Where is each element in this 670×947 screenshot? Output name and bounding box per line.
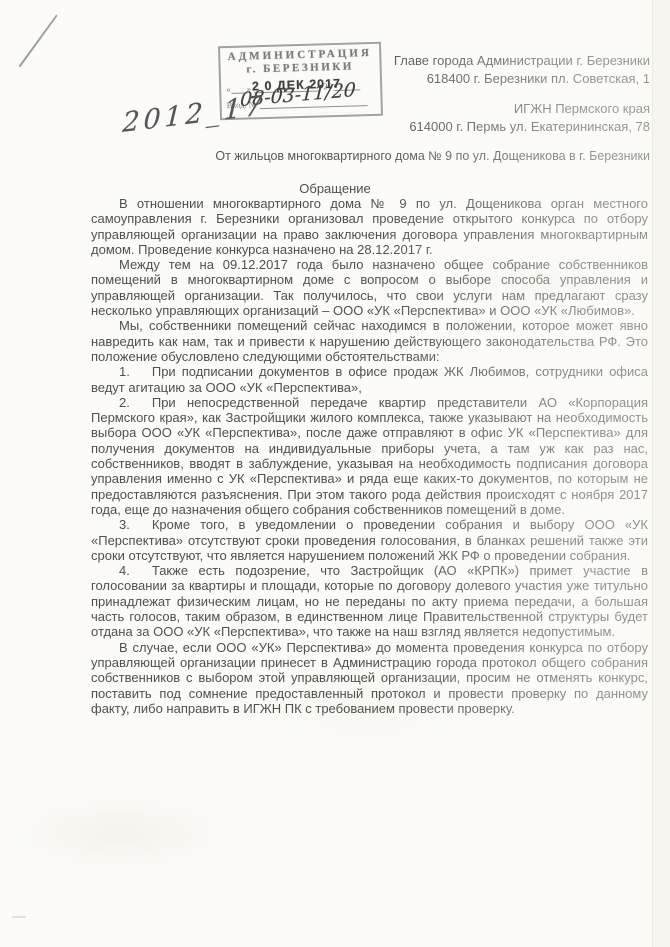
recipient-line-4: 614000 г. Пермь ул. Екатерининская, 78 [394, 118, 650, 136]
paragraph-1: В отношении многоквартирного дома № 9 по… [91, 196, 648, 257]
paragraph-text: При непосредственной передаче квартир пр… [91, 395, 648, 517]
paragraph-2: Между тем на 09.12.2017 года было назнач… [91, 257, 648, 318]
recipient-line-2: 618400 г. Березники пл. Советская, 1 [394, 70, 650, 88]
recipient-block: Главе города Администрации г. Березники … [394, 52, 650, 136]
paragraph-text: Также есть подозрение, что Застройщик (А… [91, 563, 648, 639]
paragraph-number: 3. [119, 517, 130, 532]
paragraph-text: Кроме того, в уведомлении о проведении с… [91, 517, 648, 563]
paragraph-3: Мы, собственники помещений сейчас находи… [91, 318, 648, 364]
recipient-line-1: Главе города Администрации г. Березники [394, 52, 650, 70]
scan-smudge [12, 916, 26, 918]
paragraph-text: Мы, собственники помещений сейчас находи… [91, 318, 648, 364]
paragraph-number: 1. [119, 364, 130, 379]
handwritten-case-number: 2012_17 [122, 90, 267, 139]
paragraph-text: Между тем на 09.12.2017 года было назнач… [91, 257, 648, 318]
paragraph-text: В случае, если ООО «УК» Перспектива» до … [91, 640, 648, 716]
scanned-document-page: АДМИНИСТРАЦИЯ г. БЕРЕЗНИКИ « » 20 Вход. … [0, 0, 670, 947]
document-title: Обращение [20, 181, 650, 196]
paragraph-5: 2.При непосредственной передаче квартир … [91, 395, 648, 517]
scan-edge-strip [652, 0, 670, 947]
paragraph-4: 1.При подписании документов в офисе прод… [91, 364, 648, 395]
paragraph-7: 4.Также есть подозрение, что Застройщик … [91, 563, 648, 639]
paragraph-8: В случае, если ООО «УК» Перспектива» до … [91, 640, 648, 716]
paragraph-text: В отношении многоквартирного дома № 9 по… [91, 196, 648, 257]
paragraph-6: 3.Кроме того, в уведомлении о проведении… [91, 517, 648, 563]
pen-slash-mark [19, 14, 58, 67]
from-line: От жильцов многоквартирного дома № 9 по … [215, 149, 650, 163]
paragraph-text: При подписании документов в офисе продаж… [91, 364, 648, 394]
document-body: В отношении многоквартирного дома № 9 по… [91, 196, 648, 716]
paragraph-number: 2. [119, 395, 130, 410]
recipient-line-3: ИГЖН Пермского края [394, 100, 650, 118]
paragraph-number: 4. [119, 563, 130, 578]
